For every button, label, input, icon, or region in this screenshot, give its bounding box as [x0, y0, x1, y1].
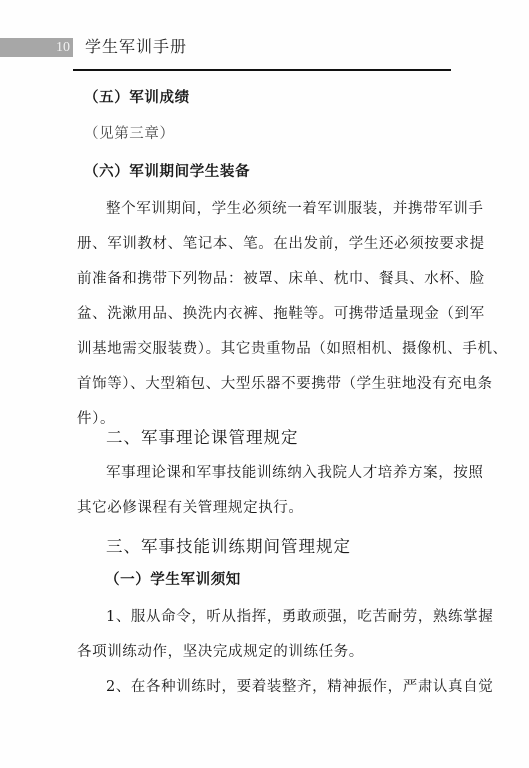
list-item-line: 1、服从命令，听从指挥，勇敢顽强，吃苦耐劳，熟练掌握: [106, 605, 493, 626]
section-heading-theory: 二、军事理论课管理规定: [106, 424, 299, 448]
subheading-notice: （一）学生军训须知: [105, 568, 241, 589]
subheading-grades: （五）军训成绩: [84, 86, 190, 107]
paragraph-line: 前准备和携带下列物品：被罩、床单、枕巾、餐具、水杯、脸: [77, 267, 485, 288]
list-item-line: 2、在各种训练时，要着装整齐，精神振作，严肃认真自觉: [106, 675, 493, 696]
paragraph-line: 整个军训期间，学生必须统一着军训服装，并携带军训手: [106, 197, 484, 218]
section-heading-skills: 三、军事技能训练期间管理规定: [106, 533, 351, 557]
grades-note: （见第三章）: [84, 122, 175, 143]
page-number: 10: [40, 38, 70, 57]
paragraph-line: 其它必修课程有关管理规定执行。: [77, 496, 304, 517]
running-title: 学生军训手册: [85, 37, 187, 57]
subheading-equipment: （六）军训期间学生装备: [84, 160, 250, 181]
paragraph-line: 训基地需交服装费）。其它贵重物品（如照相机、摄像机、手机、: [77, 337, 508, 358]
paragraph-line: 首饰等）、大型箱包、大型乐器不要携带（学生驻地没有充电条: [77, 372, 493, 393]
paragraph-line: 军事理论课和军事技能训练纳入我院人才培养方案，按照: [106, 461, 484, 482]
header-rule: [73, 69, 451, 71]
list-item-line: 各项训练动作，坚决完成规定的训练任务。: [77, 640, 364, 661]
paragraph-line: 盆、洗漱用品、换洗内衣裤、拖鞋等。可携带适量现金（到军: [77, 302, 485, 323]
paragraph-line: 册、军训教材、笔记本、笔。在出发前，学生还必须按要求提: [77, 232, 485, 253]
